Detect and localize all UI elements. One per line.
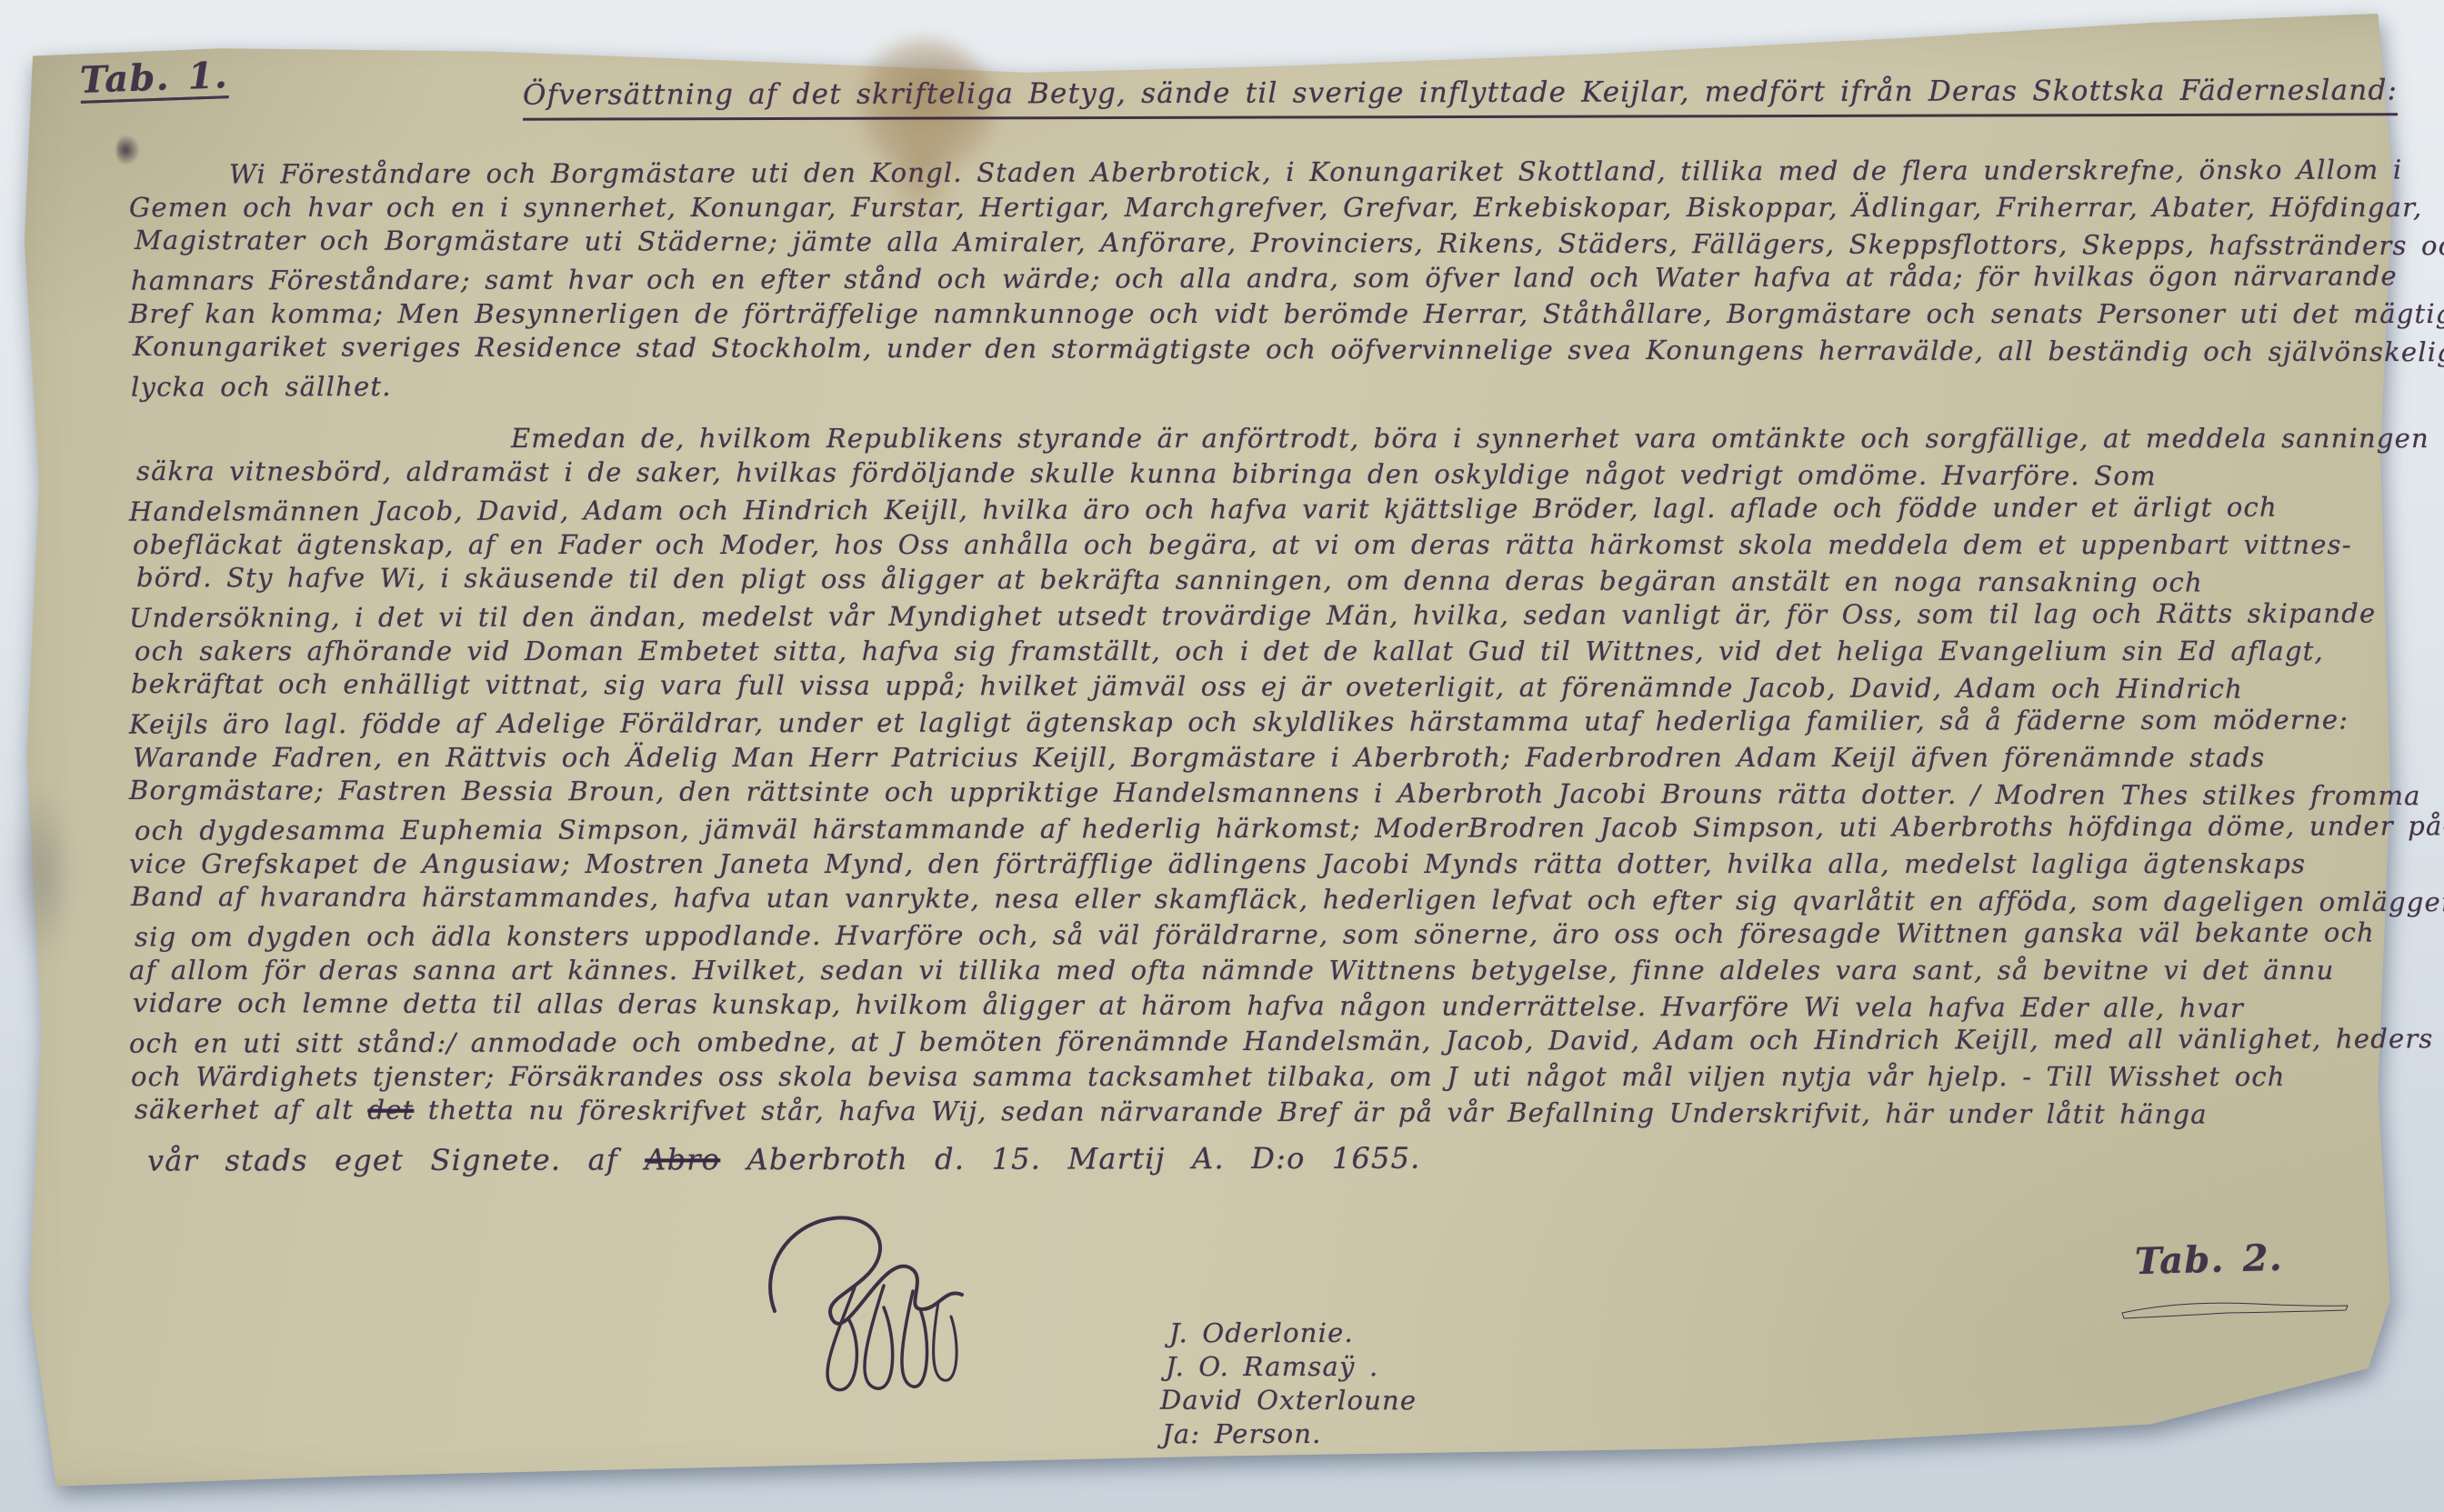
- text-segment: sig om dygden och ädla konsters uppodlan…: [135, 916, 2375, 952]
- manuscript-line: Keijls äro lagl. födde af Adelige Föräld…: [129, 702, 2380, 742]
- struck-out-word: det: [367, 1095, 414, 1126]
- manuscript-line: obefläckat ägtenskap, af en Fader och Mo…: [133, 527, 2380, 563]
- text-segment: Gemen och hvar och en i synnerhet, Konun…: [129, 192, 2422, 223]
- tab1-label: Tab. 1.: [79, 54, 228, 102]
- manuscript-line: vice Grefskapet de Angusiaw; Mostren Jan…: [129, 846, 2380, 882]
- manuscript-line: vår stads eget Signete. af Abro Aberbrot…: [147, 1135, 2380, 1181]
- text-segment: Warande Fadren, en Rättvis och Ädelig Ma…: [133, 742, 2265, 773]
- manuscript-line: Gemen och hvar och en i synnerhet, Konun…: [129, 190, 2380, 225]
- text-segment: säkra vitnesbörd, aldramäst i de saker, …: [136, 456, 2157, 491]
- signature-name: David Oxterloune: [1160, 1384, 1417, 1418]
- text-segment: och Wärdighets tjenster; Försäkrandes os…: [131, 1061, 2286, 1092]
- manuscript-line: och sakers afhörande vid Doman Embetet s…: [135, 634, 2380, 669]
- text-segment: vidare och lemne detta til allas deras k…: [133, 987, 2244, 1024]
- signature-list: J. Oderlonie.J. O. Ramsaÿ .David Oxterlo…: [1169, 1317, 1417, 1451]
- signature-flourish: [747, 1202, 1093, 1397]
- manuscript-line: Borgmästare; Fastren Bessia Broun, den r…: [129, 773, 2380, 814]
- signature-name: J. O. Ramsaÿ .: [1166, 1350, 1417, 1384]
- tab2-label: Tab. 2.: [2134, 1237, 2283, 1283]
- text-segment: Band af hvarandra härstammandes, hafva u…: [131, 881, 2444, 917]
- manuscript-line: Wi Föreståndare och Borgmästare uti den …: [229, 153, 2380, 193]
- manuscript-line: Konungariket sveriges Residence stad Sto…: [133, 329, 2380, 370]
- manuscript-line: vidare och lemne detta til allas deras k…: [133, 986, 2380, 1026]
- text-segment: Emedan de, hvilkom Republikens styrande …: [511, 423, 2429, 454]
- manuscript-line: och en uti sitt stånd:/ anmodade och omb…: [129, 1021, 2380, 1061]
- text-segment: säkerhet af alt: [135, 1094, 367, 1126]
- manuscript-line: börd. Sty hafve Wi, i skäusende til den …: [136, 560, 2380, 601]
- manuscript-line: bekräftat och enhälligt vittnat, sig var…: [131, 666, 2380, 707]
- text-segment: thetta nu föreskrifvet står, hafva Wij, …: [414, 1095, 2208, 1130]
- struck-out-word: Abro: [645, 1142, 720, 1177]
- manuscript-line: Emedan de, hvilkom Republikens styrande …: [511, 421, 2380, 456]
- manuscript-line: Magistrater och Borgmästare uti Städerne…: [135, 223, 2380, 264]
- text-segment: Aberbroth d. 15. Martij A. D:o 1655.: [720, 1141, 1420, 1177]
- text-segment: Borgmästare; Fastren Bessia Broun, den r…: [129, 775, 2421, 811]
- manuscript-line: och dygdesamma Euphemia Simpson, jämväl …: [135, 808, 2380, 848]
- text-segment: och sakers afhörande vid Doman Embetet s…: [135, 636, 2324, 666]
- text-segment: Undersökning, i det vi til den ändan, me…: [129, 597, 2376, 633]
- text-segment: vice Grefskapet de Angusiaw; Mostren Jan…: [129, 848, 2306, 879]
- manuscript-line: Bref kan komma; Men Besynnerligen de för…: [129, 296, 2380, 332]
- text-segment: och dygdesamma Euphemia Simpson, jämväl …: [135, 810, 2444, 846]
- text-segment: vår stads eget Signete. af: [147, 1142, 645, 1177]
- text-segment: Konungariket sveriges Residence stad Sto…: [133, 331, 2444, 367]
- manuscript-line: säkra vitnesbörd, aldramäst i de saker, …: [136, 454, 2380, 495]
- manuscript-line: säkerhet af alt det thetta nu föreskrifv…: [135, 1092, 2380, 1133]
- text-segment: Handelsmännen Jacob, David, Adam och Hin…: [129, 492, 2278, 527]
- text-segment: Bref kan komma; Men Besynnerligen de för…: [129, 298, 2444, 329]
- signature-name: J. Oderlonie.: [1169, 1317, 1417, 1351]
- manuscript-line: hamnars Föreståndare; samt hvar och en e…: [131, 258, 2380, 298]
- text-segment: lycka och sällhet.: [131, 371, 392, 403]
- text-segment: bekräftat och enhälligt vittnat, sig var…: [131, 668, 2243, 705]
- text-segment: hamnars Föreståndare; samt hvar och en e…: [131, 260, 2398, 295]
- signature-name: Ja: Person.: [1162, 1417, 1417, 1452]
- text-segment: obefläckat ägtenskap, af en Fader och Mo…: [133, 529, 2352, 560]
- document-title: Öfversättning af det skrifteliga Betyg, …: [523, 74, 2398, 120]
- manuscript-line: Band af hvarandra härstammandes, hafva u…: [131, 879, 2380, 920]
- manuscript-line: och Wärdighets tjenster; Försäkrandes os…: [131, 1059, 2380, 1095]
- manuscript-line: Handelsmännen Jacob, David, Adam och Hin…: [129, 489, 2380, 529]
- manuscript-line: Warande Fadren, en Rättvis och Ädelig Ma…: [133, 740, 2380, 776]
- manuscript-line: lycka och sällhet.: [131, 365, 2380, 405]
- manuscript-line: Undersökning, i det vi til den ändan, me…: [129, 596, 2380, 636]
- tab2-underline-stroke: [2118, 1298, 2355, 1322]
- text-segment: af allom för deras sanna art kännes. Hvi…: [129, 955, 2334, 986]
- manuscript-line: af allom för deras sanna art kännes. Hvi…: [129, 953, 2380, 988]
- manuscript-line: sig om dygden och ädla konsters uppodlan…: [135, 915, 2380, 955]
- text-segment: Wi Föreståndare och Borgmästare uti den …: [229, 154, 2402, 189]
- text-segment: och en uti sitt stånd:/ anmodade och omb…: [129, 1023, 2434, 1058]
- text-segment: Keijls äro lagl. födde af Adelige Föräld…: [129, 704, 2349, 739]
- scanned-document-page: Tab. 1. Öfversättning af det skrifteliga…: [0, 0, 2444, 1512]
- text-segment: börd. Sty hafve Wi, i skäusende til den …: [136, 562, 2203, 598]
- manuscript-body: Wi Föreståndare och Borgmästare uti den …: [129, 155, 2380, 1179]
- text-segment: Magistrater och Borgmästare uti Städerne…: [135, 225, 2444, 261]
